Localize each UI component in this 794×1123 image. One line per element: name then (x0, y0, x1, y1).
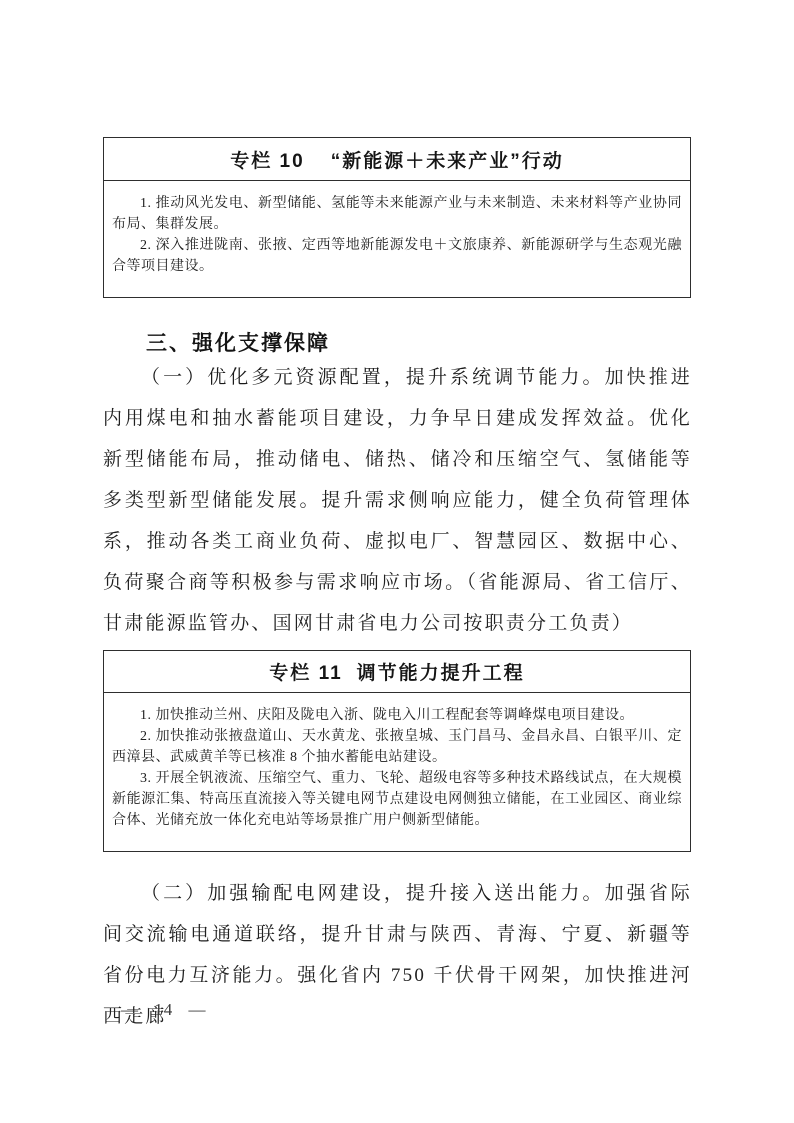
section-heading: 三、强化支撑保障 (146, 327, 330, 357)
callout-box-10: 专栏 10 “新能源＋未来产业”行动 1. 推动风光发电、新型储能、氢能等未来能… (103, 137, 691, 298)
callout-box-11-body: 1. 加快推动兰州、庆阳及陇电入浙、陇电入川工程配套等调峰煤电项目建设。 2. … (104, 693, 690, 851)
callout-box-11-title: 专栏 11 调节能力提升工程 (104, 651, 690, 693)
paragraph-1-lead: （一）优化多元资源配置，提升系统调节能力。 (141, 367, 605, 388)
callout-box-10-item-1: 1. 推动风光发电、新型储能、氢能等未来能源产业与未来制造、未来材料等产业协同布… (112, 193, 682, 235)
callout-box-11-item-1: 1. 加快推动兰州、庆阳及陇电入浙、陇电入川工程配套等调峰煤电项目建设。 (112, 705, 682, 726)
callout-box-10-item-2: 2. 深入推进陇南、张掖、定西等地新能源发电＋文旅康养、新能源研学与生态观光融合… (112, 235, 682, 277)
callout-box-11-title-text: 调节能力提升工程 (357, 658, 525, 685)
callout-box-10-body: 1. 推动风光发电、新型储能、氢能等未来能源产业与未来制造、未来材料等产业协同布… (104, 181, 690, 297)
callout-box-10-title-text: “新能源＋未来产业”行动 (331, 146, 564, 173)
callout-box-10-label: 专栏 10 (230, 146, 304, 173)
paragraph-2-lead: （二）加强输配电网建设，提升接入送出能力。 (141, 883, 605, 904)
page-number: — 14 — (121, 1000, 207, 1020)
callout-box-11-label: 专栏 11 (269, 658, 342, 685)
document-page: 专栏 10 “新能源＋未来产业”行动 1. 推动风光发电、新型储能、氢能等未来能… (0, 0, 794, 1123)
callout-box-10-title: 专栏 10 “新能源＋未来产业”行动 (104, 138, 690, 181)
callout-box-11-item-3: 3. 开展全钒液流、压缩空气、重力、飞轮、超级电容等多种技术路线试点，在大规模新… (112, 768, 682, 831)
callout-box-11-item-2: 2. 加快推动张掖盘道山、天水黄龙、张掖皇城、玉门昌马、金昌永昌、白银平川、定西… (112, 726, 682, 768)
paragraph-1: （一）优化多元资源配置，提升系统调节能力。加快推进内用煤电和抽水蓄能项目建设，力… (103, 357, 692, 644)
callout-box-11: 专栏 11 调节能力提升工程 1. 加快推动兰州、庆阳及陇电入浙、陇电入川工程配… (103, 650, 691, 852)
paragraph-1-body: 加快推进内用煤电和抽水蓄能项目建设，力争早日建成发挥效益。优化新型储能布局，推动… (103, 367, 692, 634)
